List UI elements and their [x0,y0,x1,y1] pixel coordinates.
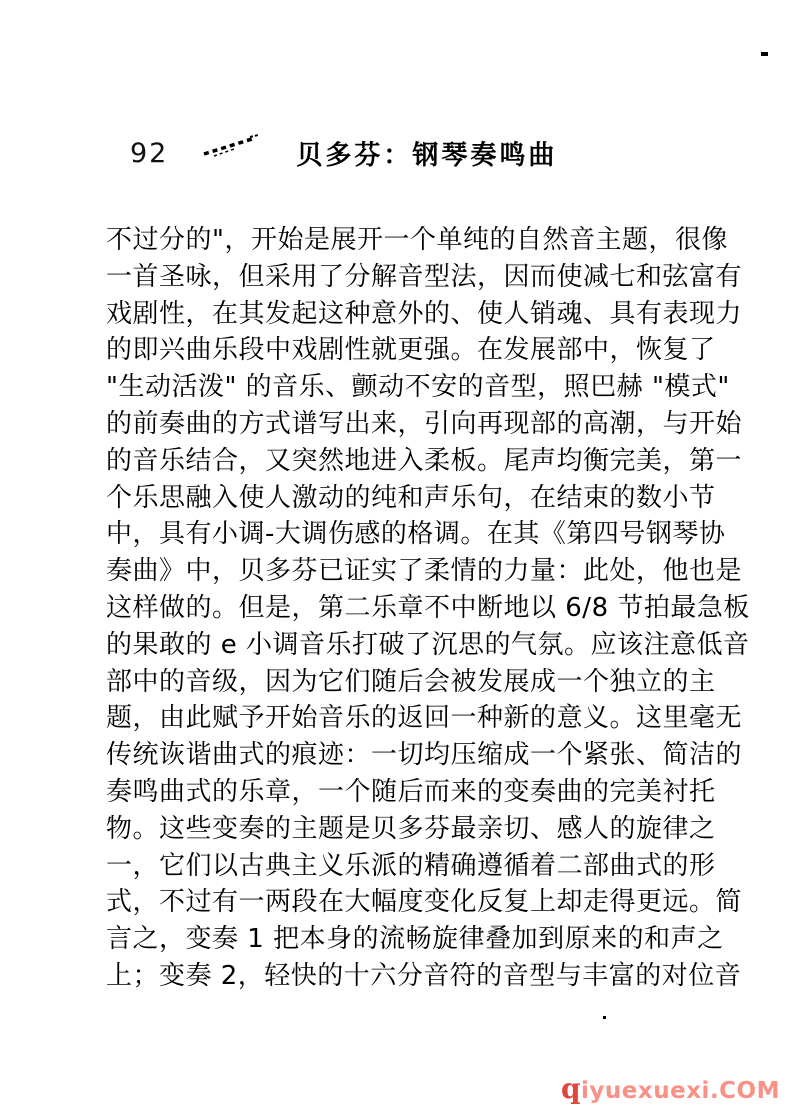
text-line: 奏曲》中，贝多芬已证实了柔情的力量：此处，他也是 [106,553,692,590]
site-watermark: qiyuexuexi.COM [561,1072,780,1105]
flourish-stroke-icon [200,133,262,163]
text-line: 言之，变奏 1 把本身的流畅旋律叠加到原来的和声之 [106,921,692,958]
text-line: "生动活泼" 的音乐、颤动不安的音型，照巴赫 "模式" [106,369,692,406]
text-line: 一首圣咏，但采用了分解音型法，因而使减七和弦富有 [106,259,692,296]
scan-speck [603,1016,606,1019]
text-line: 中，具有小调-大调伤感的格调。在其《第四号钢琴协 [106,516,692,553]
text-line: 式，不过有一两段在大幅度变化反复上却走得更远。简 [106,884,692,921]
text-line: 戏剧性，在其发起这种意外的、使人销魂、具有表现力 [106,296,692,333]
text-line: 不过分的"，开始是展开一个单纯的自然音主题，很像 [106,222,692,259]
page-number: 92 [130,138,168,169]
text-line: 部中的音级，因为它们随后会被发展成一个独立的主 [106,664,692,701]
watermark-name: iyuexuexi [581,1078,710,1104]
scanned-book-page: 92 贝多芬：钢琴奏鸣曲 不过分的"，开始是展开一个单纯的自然音主题，很像 一首… [0,0,794,1120]
text-line: 的果敢的 e 小调音乐打破了沉思的气氛。应该注意低音 [106,627,692,664]
text-line: 一，它们以古典主义乐派的精确遵循着二部曲式的形 [106,848,692,885]
text-line: 上；变奏 2，轻快的十六分音符的音型与丰富的对位音 [106,958,692,995]
page-header: 92 贝多芬：钢琴奏鸣曲 [130,136,557,170]
watermark-tld: .COM [710,1078,780,1104]
text-line: 的前奏曲的方式谱写出来，引向再现部的高潮，与开始 [106,406,692,443]
text-line: 题，由此赋予开始音乐的返回一种新的意义。这里毫无 [106,700,692,737]
text-line: 传统诙谐曲式的痕迹：一切均压缩成一个紧张、简洁的 [106,737,692,774]
text-line: 的音乐结合，又突然地进入柔板。尾声均衡完美，第一 [106,443,692,480]
scan-speck [761,52,768,56]
text-line: 物。这些变奏的主题是贝多芬最亲切、感人的旋律之 [106,811,692,848]
text-line: 奏鸣曲式的乐章，一个随后而来的变奏曲的完美衬托 [106,774,692,811]
text-line: 个乐思融入使人激动的纯和声乐句，在结束的数小节 [106,480,692,517]
running-head-title: 贝多芬：钢琴奏鸣曲 [296,134,557,172]
text-line: 的即兴曲乐段中戏剧性就更强。在发展部中，恢复了 [106,332,692,369]
text-line: 这样做的。但是，第二乐章不中断地以 6/8 节拍最急板 [106,590,692,627]
watermark-initial: q [561,1072,581,1105]
body-paragraph: 不过分的"，开始是展开一个单纯的自然音主题，很像 一首圣咏，但采用了分解音型法，… [106,222,692,995]
